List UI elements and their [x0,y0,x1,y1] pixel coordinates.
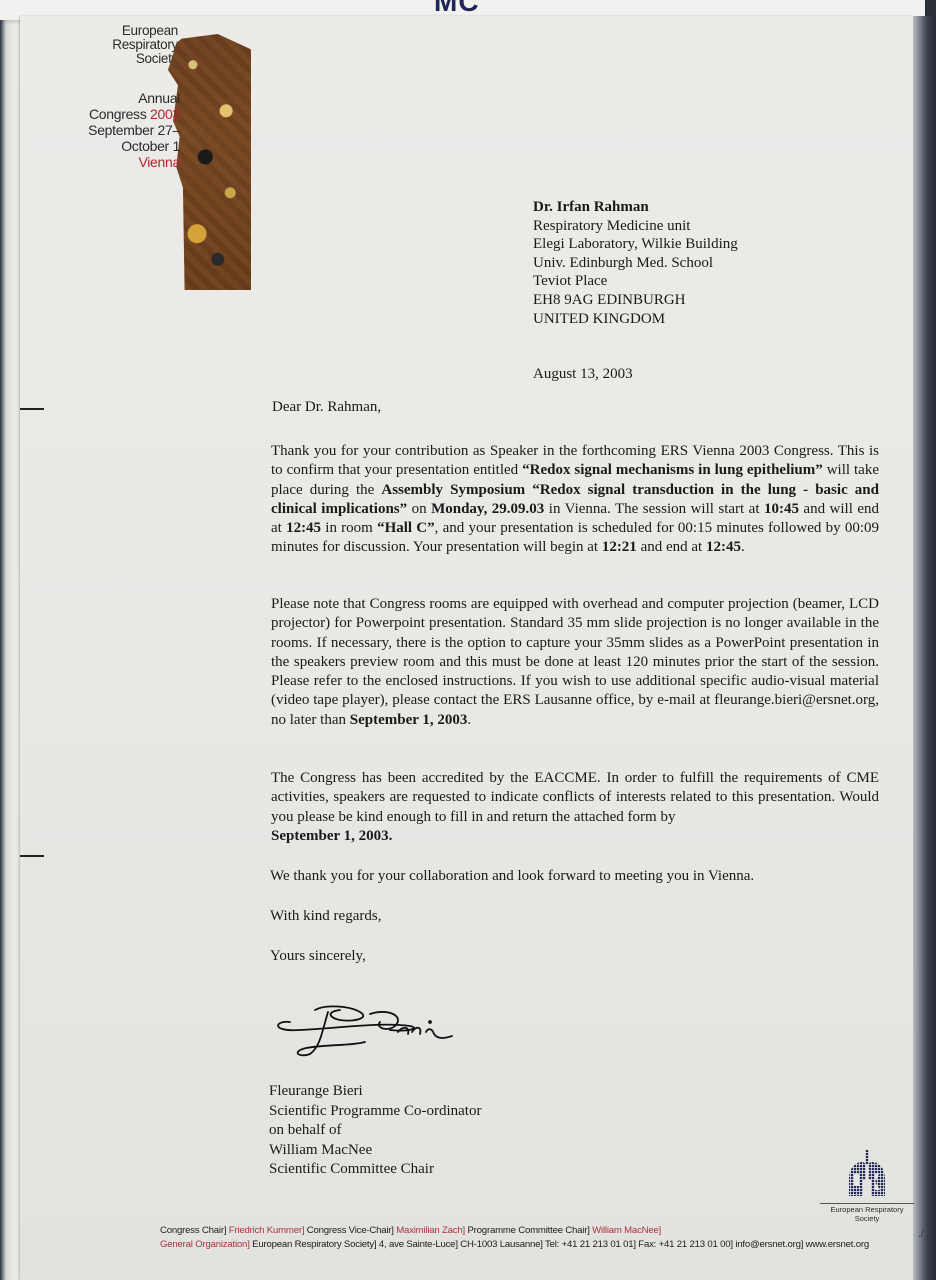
session-end: 12:45 [286,520,321,536]
address-line: Elegi Laboratory, Wilkie Building [533,235,738,254]
address-line: Teviot Place [533,272,738,291]
signer-title: Scientific Programme Co-ordinator [269,1102,481,1122]
congress-info: Annual Congress 2003 September 27– Octob… [50,90,180,170]
org-line: European [60,24,178,38]
event-line: October 1 [50,138,180,154]
emblem-caption: European Respiratory Society [820,1203,914,1223]
recipient-address: Dr. Irfan Rahman Respiratory Medicine un… [533,198,738,328]
chair-name: William MacNee [269,1141,481,1161]
ers-emblem: European Respiratory Society [812,1150,922,1223]
paragraph-cme: The Congress has been accredited by the … [271,769,879,846]
address-line: EH8 9AG EDINBURGH [533,291,738,310]
ers-org-name: European Respiratory Society [60,24,178,66]
org-line: Respiratory [60,38,178,52]
signer-line: on behalf of [269,1121,481,1141]
address-line: Respiratory Medicine unit [533,217,738,236]
session-date: Monday, 29.09.03 [431,501,544,517]
klimt-artwork-image [168,34,251,290]
chair-title: Scientific Committee Chair [269,1160,481,1180]
event-line: Vienna [50,154,180,170]
av-deadline: September 1, 2003 [350,712,468,728]
address-line: UNITED KINGDOM [533,310,738,329]
recipient-name: Dr. Irfan Rahman [533,198,738,217]
presentation-begin: 12:21 [602,539,637,555]
left-edge-shadow [0,0,22,1280]
room: “Hall C” [377,520,435,536]
letter-footer: Congress Chair] Friedrich Kummer] Congre… [160,1224,869,1252]
paragraph-av-equipment: Please note that Congress rooms are equi… [271,595,879,730]
cme-deadline: September 1, 2003. [271,828,392,844]
fold-mark [20,855,44,857]
org-line: Society [60,52,178,66]
footer-line-committee: Congress Chair] Friedrich Kummer] Congre… [160,1224,869,1238]
sincerely-line: Yours sincerely, [270,948,366,965]
presentation-end: 12:45 [706,539,741,555]
footer-email-link[interactable]: info@ersnet.org] [735,1239,803,1250]
continuation-mark: ./.. [918,1229,929,1240]
paragraph-confirmation: Thank you for your contribution as Speak… [271,442,879,558]
signer-block: Fleurange Bieri Scientific Programme Co-… [269,1082,481,1180]
footer-line-contact: General Organization] European Respirato… [160,1238,869,1252]
footer-website-link[interactable]: www.ersnet.org [803,1239,869,1250]
event-line: Congress 2003 [50,106,180,122]
presentation-title: “Redox signal mechanisms in lung epithel… [522,462,823,478]
event-line: September 27– [50,122,180,138]
letter-date: August 13, 2003 [533,366,633,383]
session-start: 10:45 [764,501,799,517]
address-line: Univ. Edinburgh Med. School [533,254,738,273]
lungs-logo-icon [845,1150,889,1198]
regards-line: With kind regards, [270,908,381,925]
thanks-line: We thank you for your collaboration and … [270,868,754,885]
salutation: Dear Dr. Rahman, [272,399,381,416]
fold-mark [20,408,44,410]
handwritten-signature [270,1002,470,1062]
event-line: Annual [50,90,180,106]
signer-name: Fleurange Bieri [269,1082,481,1102]
